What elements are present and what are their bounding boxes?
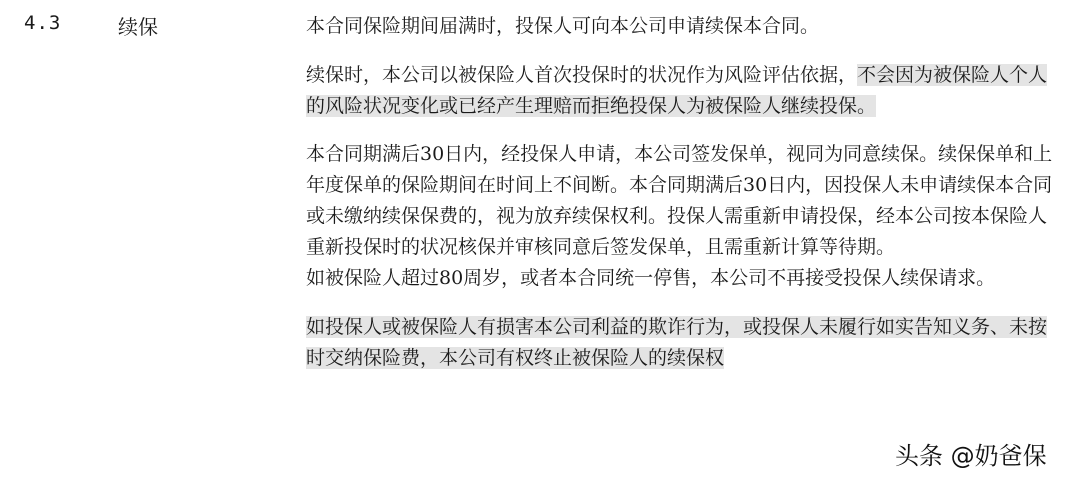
paragraph-age-limit: 如被保险人超过80周岁，或者本合同统一停售，本公司不再接受投保人续保请求。 — [306, 263, 1058, 294]
watermark: 头条 @奶爸保 — [895, 436, 1047, 471]
highlighted-text: 如投保人或被保险人有损害本公司利益的欺诈行为，或投保人未履行如实告知义务、未按时… — [306, 316, 1047, 369]
paragraph-risk-assessment: 续保时，本公司以被保险人首次投保时的状况作为风险评估依据，不会因为被保险人个人的… — [306, 60, 1058, 122]
paragraph-termination: 如投保人或被保险人有损害本公司利益的欺诈行为，或投保人未履行如实告知义务、未按时… — [306, 312, 1058, 374]
clause-body: 本合同保险期间届满时，投保人可向本公司申请续保本合同。 续保时，本公司以被保险人… — [306, 11, 1058, 374]
plain-text: 续保时，本公司以被保险人首次投保时的状况作为风险评估依据， — [306, 64, 857, 86]
paragraph-renewal-application: 本合同保险期间届满时，投保人可向本公司申请续保本合同。 — [306, 11, 1058, 42]
clause-number: 4.3 — [24, 12, 61, 34]
paragraph-renewal-period: 本合同期满后30日内，经投保人申请，本公司签发保单，视同为同意续保。续保保单和上… — [306, 139, 1058, 263]
clause-title: 续保 — [118, 11, 158, 40]
